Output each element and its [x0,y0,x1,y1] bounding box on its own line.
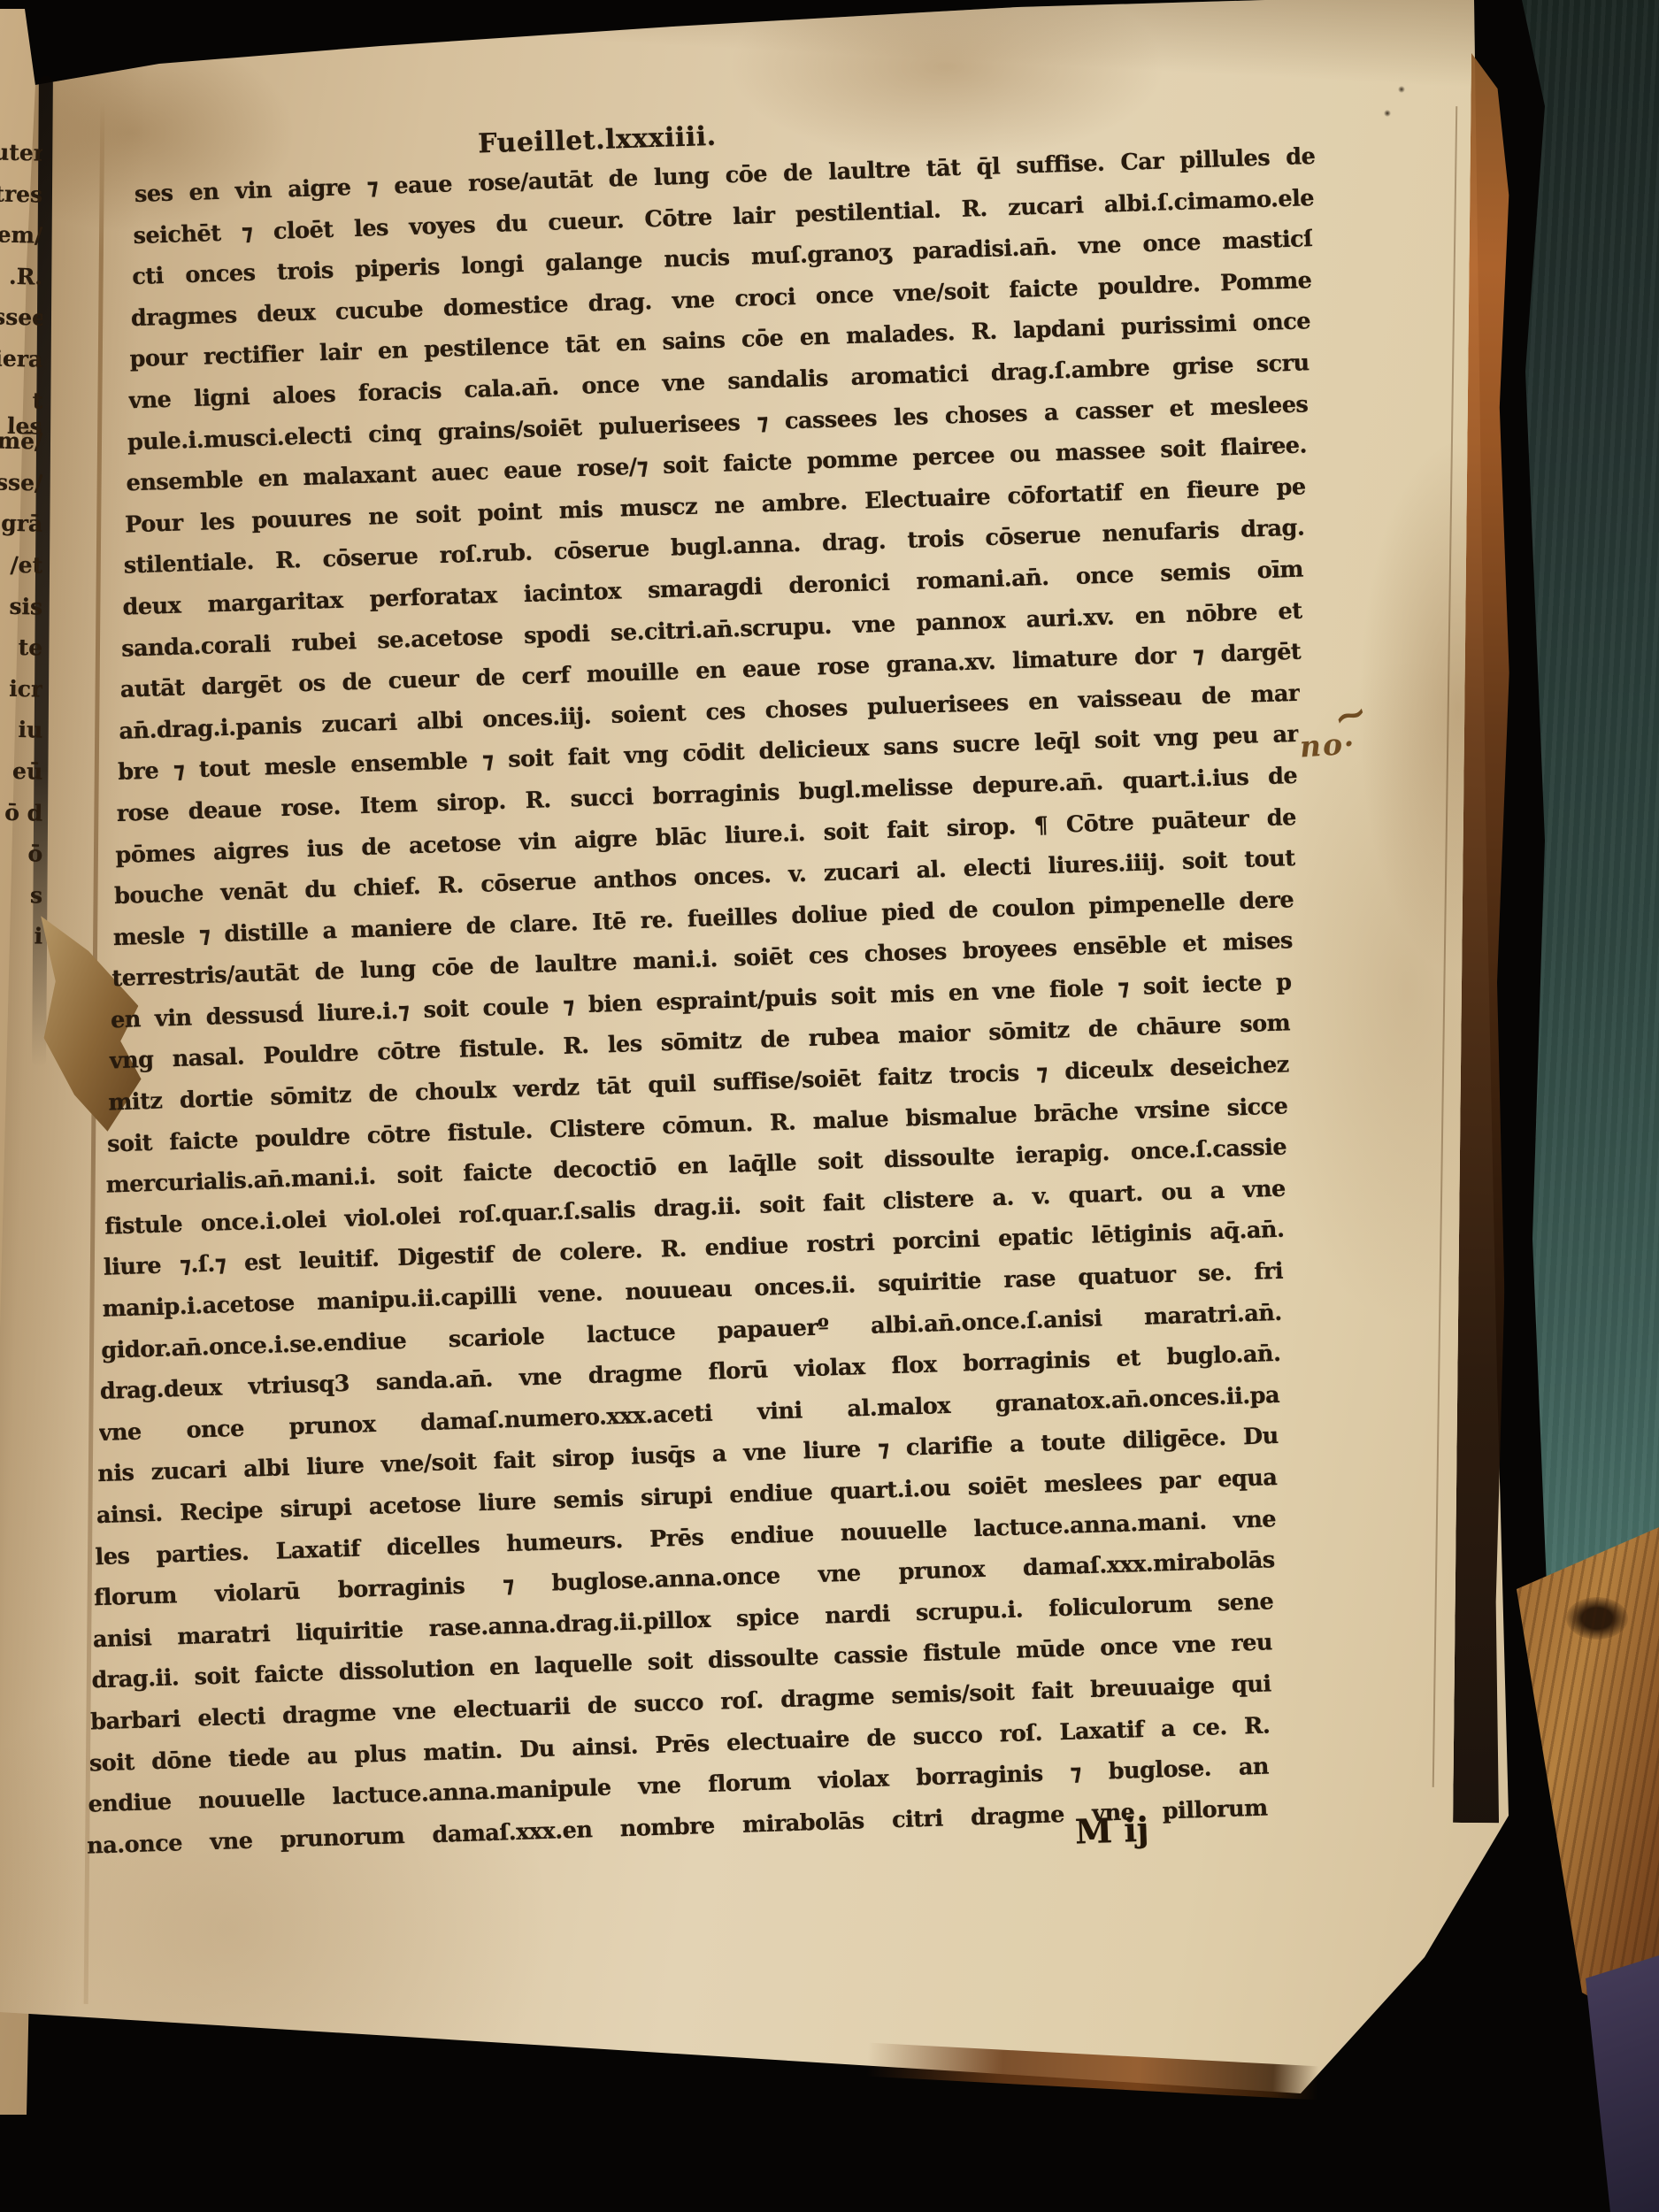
edge-fragment: s [0,881,42,924]
edge-fragments-column: utertresem/.R.sseeierat lesmē/sse/grā/et… [0,140,42,964]
edge-fragment: tres [0,180,42,223]
edge-fragment: iu [0,717,42,759]
book-photo-scene: utertresem/.R.sseeierat lesmē/sse/grā/et… [0,0,1659,2212]
edge-fragment: sis [0,593,42,635]
edge-fragment: /et [0,551,42,594]
folio-header-label: Fueillet.lxxxiiii. [478,121,717,160]
signature-mark: M ij [1074,1809,1149,1852]
edge-fragment: ō d [0,799,42,841]
text-lines: ses en vin aigre ⁊ eaue rose/autāt de lu… [134,143,1374,1871]
edge-fragment: te [0,634,42,677]
edge-fragment: mē/ [0,428,42,471]
edge-fragment: eū [0,757,42,800]
edge-fragment: ō [0,841,42,883]
edge-fragment: i [0,923,42,964]
edge-fragment: icr [0,675,42,718]
edge-fragment: iera [0,345,42,388]
edge-fragment: .R. [0,263,42,305]
edge-fragment: ssee [0,304,42,347]
margin-note-squiggle: ∼ [1331,698,1371,731]
edge-fragment: grā [0,511,42,553]
edge-fragment: uter [0,140,42,181]
edge-fragment: sse/ [0,469,42,511]
printed-text-block: Fueillet.lxxxiiii. ses en vin aigre ⁊ ea… [133,102,1373,1871]
teal-wall-background [1495,0,1659,1606]
edge-fragment: em/ [0,222,42,265]
edge-fragment: t les [0,387,42,429]
handwritten-margin-note: ∼ no· [1297,702,1371,764]
